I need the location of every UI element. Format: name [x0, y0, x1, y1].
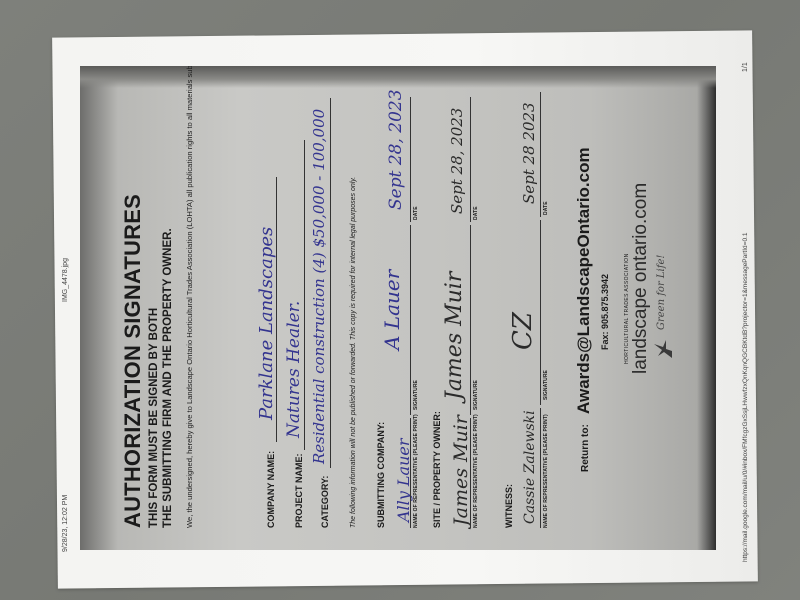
- witness-name: Cassie Zalewski: [522, 410, 538, 524]
- witness-name-caption: NAME OF REPRESENTATIVE (PLEASE PRINT): [543, 414, 549, 528]
- company-name-label: COMPANY NAME:: [266, 451, 276, 528]
- consent-paragraph: We, the undersigned, hereby give to Land…: [184, 98, 196, 528]
- print-header-datetime: 9/28/23, 12:02 PM: [62, 495, 69, 552]
- submitting-name-line: [410, 418, 411, 528]
- logo-tagline: Green for Life!: [656, 255, 667, 330]
- owner-name-line: [470, 418, 471, 528]
- landscape-ontario-logo-icon: [652, 336, 674, 362]
- witness-date: Sept 28 2023: [520, 102, 538, 204]
- submitting-date-line: [410, 97, 411, 222]
- owner-signature-line: [470, 225, 471, 415]
- submitting-company-date: Sept 28, 2023: [386, 89, 406, 210]
- submitting-company-heading: SUBMITTING COMPANY:: [376, 422, 386, 528]
- logo-wordmark: landscape ontario.com: [630, 183, 652, 374]
- owner-date-caption: DATE: [473, 206, 479, 220]
- category-value: Residential construction (4) $50,000 - 1…: [310, 109, 328, 464]
- category-label: CATEGORY:: [320, 476, 330, 528]
- witness-date-caption: DATE: [543, 201, 549, 215]
- witness-date-line: [540, 92, 541, 217]
- return-email: Awards@LandscapeOntario.com: [574, 147, 594, 414]
- witness-name-line: [540, 408, 541, 528]
- witness-signature-line: [540, 220, 541, 405]
- print-footer-url: https://mail.google.com/mail/u/0/#inbox/…: [742, 233, 749, 562]
- fax-number: Fax: 905.875.3942: [600, 274, 610, 350]
- authorization-form: AUTHORIZATION SIGNATURES THIS FORM MUST …: [80, 66, 716, 550]
- property-owner-signature: James Muir: [442, 272, 467, 400]
- owner-date-line: [470, 97, 471, 222]
- witness-signature-caption: SIGNATURE: [543, 370, 549, 400]
- submitting-name-caption: NAME OF REPRESENTATIVE (PLEASE PRINT): [413, 414, 419, 528]
- form-photo: AUTHORIZATION SIGNATURES THIS FORM MUST …: [80, 66, 716, 550]
- property-owner-rep-name: James Muir: [450, 415, 472, 526]
- witness-heading: WITNESS:: [504, 484, 514, 528]
- company-name-value: Parklane Landscapes: [256, 227, 277, 420]
- print-header-title: IMG_4478.jpg: [62, 258, 69, 302]
- owner-name-caption: NAME OF REPRESENTATIVE (PLEASE PRINT): [473, 414, 479, 528]
- project-name-line: [304, 140, 305, 450]
- form-subtitle-line1: THIS FORM MUST BE SIGNED BY BOTH: [148, 308, 160, 528]
- return-label: Return to:: [580, 424, 591, 472]
- witness-signature: CZ: [508, 312, 538, 350]
- form-title: AUTHORIZATION SIGNATURES: [120, 194, 146, 528]
- project-name-value: Natures Healer.: [284, 301, 304, 438]
- submitting-signature-caption: SIGNATURE: [413, 380, 419, 410]
- property-owner-heading: SITE / PROPERTY OWNER:: [432, 411, 442, 528]
- project-name-label: PROJECT NAME:: [294, 453, 304, 528]
- submitting-company-signature: A Lauer: [380, 270, 404, 350]
- owner-signature-caption: SIGNATURE: [473, 380, 479, 410]
- property-owner-date: Sept 28, 2023: [448, 108, 466, 214]
- category-line: [330, 98, 331, 468]
- form-subtitle-line2: THE SUBMITTING FIRM AND THE PROPERTY OWN…: [162, 228, 174, 528]
- submitting-signature-line: [410, 225, 411, 415]
- print-footer-page-number: 1/1: [742, 62, 749, 72]
- privacy-note: The following information will not be pu…: [350, 177, 357, 528]
- submitting-date-caption: DATE: [413, 206, 419, 220]
